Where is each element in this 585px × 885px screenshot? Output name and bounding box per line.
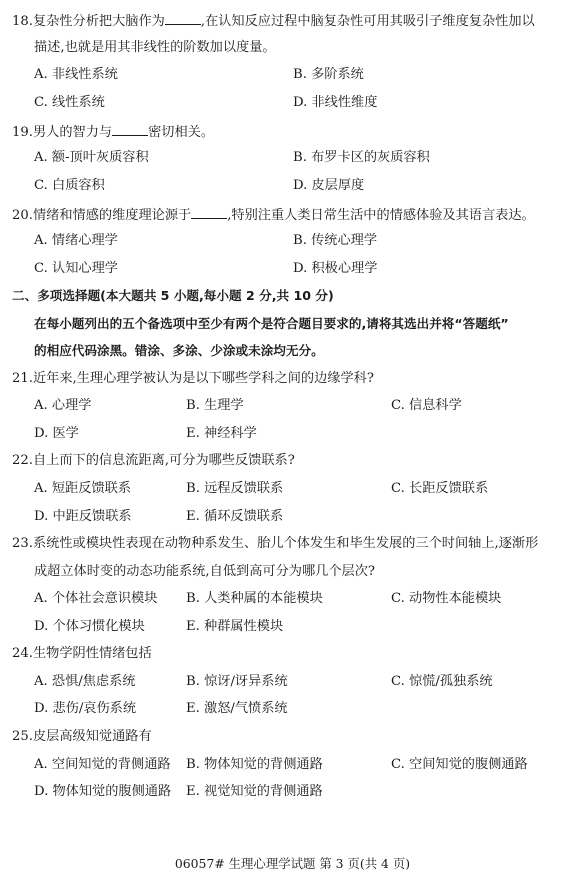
option-21-b: B. 生理学 xyxy=(186,398,244,414)
section-instruction-line1: 在每小题列出的五个备选项中至少有两个是符合题目要求的,请将其选出并将“答题纸” xyxy=(34,316,509,332)
option-22-d: D. 中距反馈联系 xyxy=(34,509,132,525)
option-24-e: E. 激怒/气愤系统 xyxy=(186,701,288,717)
question-number: 24. xyxy=(12,646,33,661)
stem-text: 情绪和情感的维度理论源于 xyxy=(33,208,191,223)
stem-text: 复杂性分析把大脑作为 xyxy=(33,14,165,29)
option-21-c: C. 信息科学 xyxy=(391,398,462,414)
option-18-d: D. 非线性维度 xyxy=(293,95,377,111)
question-number: 20. xyxy=(12,208,33,223)
option-22-e: E. 循环反馈联系 xyxy=(186,509,283,525)
option-22-c: C. 长距反馈联系 xyxy=(391,481,488,497)
question-22-stem: 22.自上而下的信息流距离,可分为哪些反馈联系? xyxy=(12,453,295,469)
question-number: 23. xyxy=(12,536,33,551)
question-25-stem: 25.皮层高级知觉通路有 xyxy=(12,729,152,745)
option-24-a: A. 恐惧/焦虑系统 xyxy=(34,674,135,690)
option-24-c: C. 惊慌/孤独系统 xyxy=(391,674,493,690)
stem-text: 系统性或模块性表现在动物种系发生、胎儿个体发生和毕生发展的三个时间轴上,逐渐形 xyxy=(33,536,538,551)
option-19-a: A. 额-顶叶灰质容积 xyxy=(34,150,149,166)
question-18-stem: 18.复杂性分析把大脑作为,在认知反应过程中脑复杂性可用其吸引子维度复杂性加以 xyxy=(12,12,535,30)
option-25-e: E. 视觉知觉的背侧通路 xyxy=(186,784,323,800)
answer-blank xyxy=(191,206,227,219)
question-number: 19. xyxy=(12,125,33,140)
stem-text: 皮层高级知觉通路有 xyxy=(33,729,152,744)
option-25-d: D. 物体知觉的腹侧通路 xyxy=(34,784,171,800)
stem-text: 生物学阴性情绪包括 xyxy=(33,646,152,661)
stem-text: ,在认知反应过程中脑复杂性可用其吸引子维度复杂性加以 xyxy=(201,14,535,29)
section-instruction-line2: 的相应代码涂黑。错涂、多涂、少涂或未涂均无分。 xyxy=(34,343,324,359)
question-number: 25. xyxy=(12,729,33,744)
option-22-b: B. 远程反馈联系 xyxy=(186,481,283,497)
option-22-a: A. 短距反馈联系 xyxy=(34,481,131,497)
option-23-c: C. 动物性本能模块 xyxy=(391,591,501,607)
question-19-stem: 19.男人的智力与密切相关。 xyxy=(12,123,214,141)
answer-blank xyxy=(165,12,201,25)
answer-blank xyxy=(112,123,148,136)
section-heading: 二、多项选择题(本大题共 5 小题,每小题 2 分,共 10 分) xyxy=(12,288,334,304)
option-25-c: C. 空间知觉的腹侧通路 xyxy=(391,757,528,773)
option-18-b: B. 多阶系统 xyxy=(293,67,364,83)
question-number: 22. xyxy=(12,453,33,468)
stem-text: 男人的智力与 xyxy=(33,125,112,140)
stem-text: 近年来,生理心理学被认为是以下哪些学科之间的边缘学科? xyxy=(33,371,374,386)
option-25-b: B. 物体知觉的背侧通路 xyxy=(186,757,323,773)
question-number: 18. xyxy=(12,14,33,29)
option-23-e: E. 种群属性模块 xyxy=(186,619,283,635)
option-24-d: D. 悲伤/哀伤系统 xyxy=(34,701,136,717)
option-24-b: B. 惊讶/讶异系统 xyxy=(186,674,288,690)
option-23-a: A. 个体社会意识模块 xyxy=(34,591,157,607)
question-20-stem: 20.情绪和情感的维度理论源于,特别注重人类日常生活中的情感体验及其语言表达。 xyxy=(12,206,535,224)
option-23-d: D. 个体习惯化模块 xyxy=(34,619,145,635)
question-18-stem-line2: 描述,也就是用其非线性的阶数加以度量。 xyxy=(34,40,276,56)
question-number: 21. xyxy=(12,371,33,386)
option-21-a: A. 心理学 xyxy=(34,398,91,414)
question-23-stem-line2: 成超立体时变的动态功能系统,自低到高可分为哪几个层次? xyxy=(34,564,375,580)
stem-text: ,特别注重人类日常生活中的情感体验及其语言表达。 xyxy=(227,208,535,223)
question-21-stem: 21.近年来,生理心理学被认为是以下哪些学科之间的边缘学科? xyxy=(12,371,374,387)
option-18-c: C. 线性系统 xyxy=(34,95,105,111)
option-23-b: B. 人类种属的本能模块 xyxy=(186,591,323,607)
stem-text: 密切相关。 xyxy=(148,125,214,140)
option-21-d: D. 医学 xyxy=(34,426,79,442)
option-19-d: D. 皮层厚度 xyxy=(293,178,364,194)
question-23-stem: 23.系统性或模块性表现在动物种系发生、胎儿个体发生和毕生发展的三个时间轴上,逐… xyxy=(12,536,538,552)
option-20-d: D. 积极心理学 xyxy=(293,261,377,277)
option-25-a: A. 空间知觉的背侧通路 xyxy=(34,757,171,773)
option-20-a: A. 情绪心理学 xyxy=(34,233,118,249)
question-24-stem: 24.生物学阴性情绪包括 xyxy=(12,646,152,662)
page-footer: 06057# 生理心理学试题 第 3 页(共 4 页) xyxy=(0,856,585,872)
option-20-c: C. 认知心理学 xyxy=(34,261,118,277)
option-19-c: C. 白质容积 xyxy=(34,178,105,194)
option-19-b: B. 布罗卡区的灰质容积 xyxy=(293,150,430,166)
option-21-e: E. 神经科学 xyxy=(186,426,257,442)
option-20-b: B. 传统心理学 xyxy=(293,233,377,249)
stem-text: 自上而下的信息流距离,可分为哪些反馈联系? xyxy=(33,453,295,468)
option-18-a: A. 非线性系统 xyxy=(34,67,118,83)
